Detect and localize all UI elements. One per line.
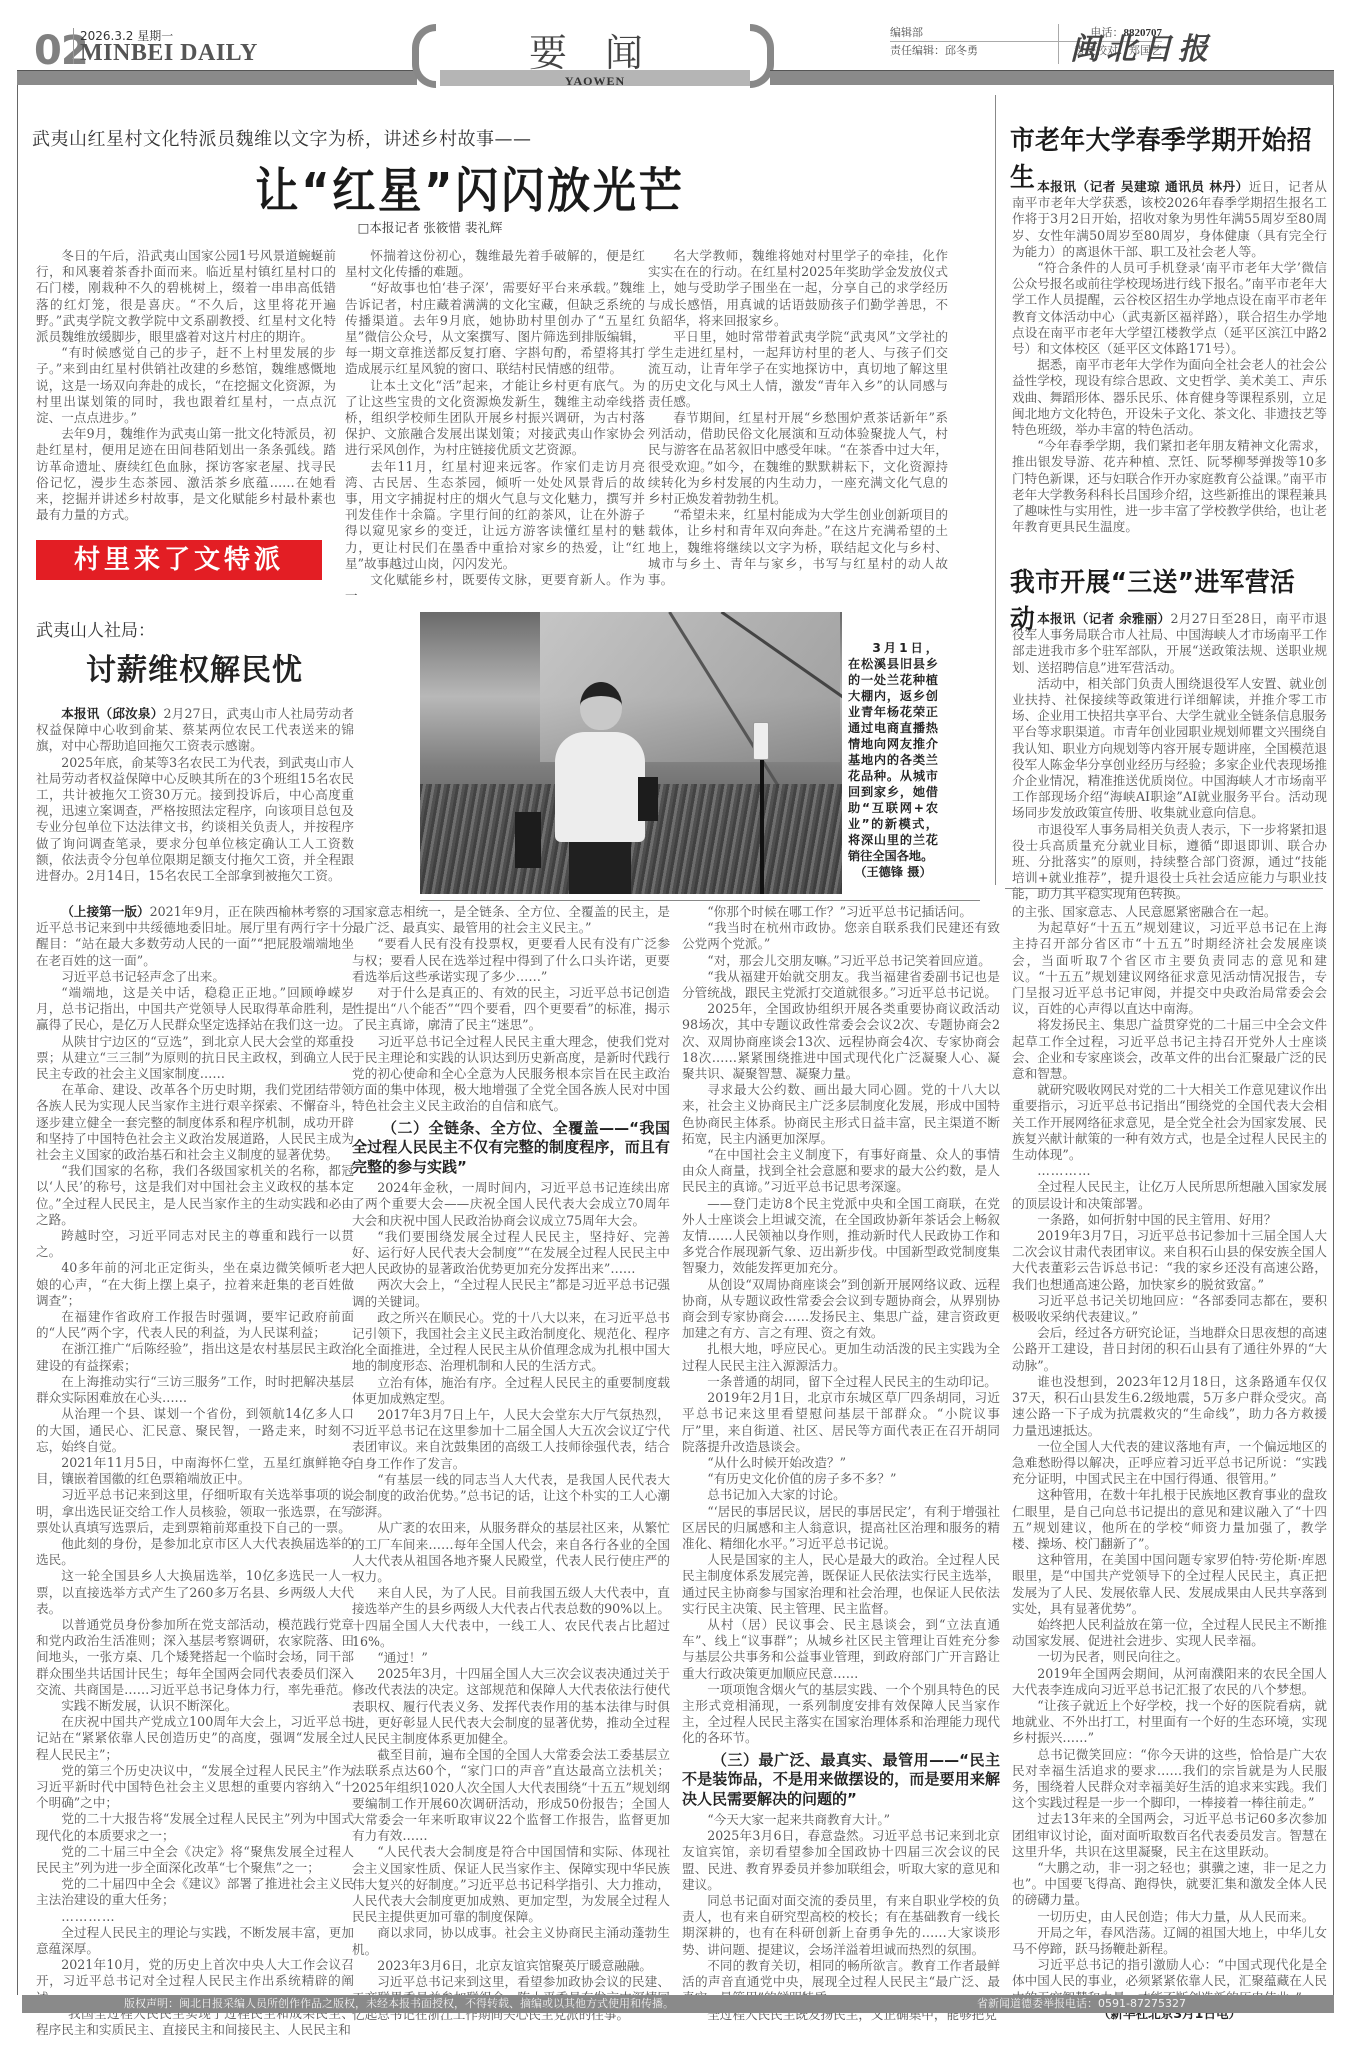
lead-paragraph: 文化赋能乡村，既要传文脉，更要育新人。作为一 [345, 572, 645, 604]
feature-paragraph: “你那个时候在哪工作？”习近平总书记插话问。 [682, 904, 1000, 920]
lead-paragraph: “希望未来，红星村能成为大学生创业创新项目的载体，让乡村和青年双向奔赴。”在这片… [648, 507, 948, 588]
labor-paragraph: 2025年底，俞某等3名农民工为代表，到武夷山市人社局劳动者权益保障中心反映其所… [36, 755, 354, 885]
feature-paragraph: 从广袤的农田来，从服务群众的基层社区来，从繁忙的工厂车间来……每年全国人代会，来… [352, 1520, 670, 1585]
feature-paragraph: 从创设“双周协商座谈会”到创新开展网络议政、远程协商，从专题议政性常委会会议到专… [682, 1277, 1000, 1342]
caption-text: 3月1日，在松溪县旧县乡的一处兰花种植大棚内，返乡创业青年杨花荣正通过电商直播热… [848, 640, 938, 864]
lead-paragraph: “好故事也怕‘巷子深’，需要好平台来承载。”魏维告诉记者，村庄藏着满满的文化宝藏… [345, 280, 645, 377]
feature-paragraph: 同总书记面对面交流的委员里，有来自职业学校的负责人，也有来自研究型高校的校长；有… [682, 1893, 1000, 1958]
ellipsis-separator: ………… [1012, 1163, 1327, 1179]
senior-lead: 本报讯（记者 吴建琼 通讯员 林丹） [1037, 179, 1249, 194]
senior-paragraph: 据悉，南平市老年大学作为面向全社会老人的社会公益性学校，现设有综合思政、文史哲学… [1012, 357, 1327, 438]
feature-paragraph: 2019年2月1日，北京市东城区草厂四条胡同，习近平总书记来这里看望慰问基层干部… [682, 1390, 1000, 1455]
feature-paragraph: 商以求同，协以成事。社会主义协商民主涌动蓬勃生机。 [352, 1925, 670, 1957]
feature-paragraph: 习近平总书记全过程人民民主重大理念，使我们党对于民主理论和实践的认识达到历史新高… [352, 1034, 670, 1115]
masthead: 02 2026.3.2 星期一 MINBEI DAILY 要闻 YAOWEN 编… [0, 0, 1349, 90]
labor-paragraph: 本报讯（邱汝泉）2月27日，武夷山市人社局劳动者权益保障中心收到俞某、蔡某两位农… [36, 706, 354, 755]
feature-paragraph: 这一轮全国县乡人大换届选举，10亿多选民一人一票，以直接选举方式产生了260多万… [36, 1568, 354, 1617]
feature-paragraph: 以普通党员身份参加所在党支部活动，模范践行党章和党内政治生活准则；深入基层考察调… [36, 1617, 354, 1698]
feature-subheading: （三）最广泛、最真实、最管用——“民主不是装饰品，不是用来做摆设的，而是要用来解… [682, 1751, 1000, 1810]
military-body: 本报讯（记者 余雅丽）2月27日至28日，南平市退役军人事务局联合市人社局、中国… [1012, 611, 1327, 903]
masthead-bar [17, 71, 417, 85]
feature-paragraph: 会后，经过各方研究论证，当地群众日思夜想的高速公路开工建设，昔日封闭的积石山县有… [1012, 1325, 1327, 1374]
feature-paragraph: 就研究吸收网民对党的二十大相关工作意见建议作出重要指示，习近平总书记指出“围绕党… [1012, 1082, 1327, 1163]
feature-paragraph: 他此刻的身份，是参加北京市区人大代表换届选举的选民。 [36, 1536, 354, 1568]
ethics-hotline: 省新闻道德委举报电话：0591-87275327 [977, 1995, 1186, 2013]
feature-paragraph: “让孩子就近上个好学校，找一个好的医院看病，就地就业、不外出打工，村里面有一个好… [1012, 1698, 1327, 1747]
lead-byline: □本报记者 张筱惜 裴礼辉 [230, 218, 630, 236]
phone-icon [753, 722, 769, 760]
section-title: 要闻 [455, 22, 755, 77]
feature-paragraph: 党的二十届三中全会《决定》将“聚焦发展全过程人民民主”列为进一步全面深化改革“七… [36, 1844, 354, 1876]
lead-column-3: 名大学教师，魏维将她对村里学子的牵挂，化作实实在在的行动。在红星村2025年奖助… [648, 248, 948, 588]
feature-paragraph: 对于什么是真正的、有效的民主，习近平总书记创造性提出“八个能否”“四个要看，四个… [352, 985, 670, 1034]
masthead-bar [770, 71, 1334, 85]
feature-paragraph: （上接第一版）2021年9月，正在陕西榆林考察的习近平总书记来到中共绥德地委旧址… [36, 904, 354, 969]
feature-column-1: （上接第一版）2021年9月，正在陕西榆林考察的习近平总书记来到中共绥德地委旧址… [36, 904, 354, 2038]
feature-paragraph: “在中国社会主义制度下，有事好商量、众人的事情由众人商量，找到全社会意愿和要求的… [682, 1147, 1000, 1196]
military-lead: 本报讯（记者 余雅丽） [1037, 611, 1170, 626]
feature-paragraph: 一位全国人大代表的建议落地有声，一个偏远地区的急难愁盼得以解决，正呼应着习近平总… [1012, 1439, 1327, 1488]
feature-paragraph: 寻求最大公约数、画出最大同心圆。党的十八大以来，社会主义协商民主广泛多层制度化发… [682, 1082, 1000, 1147]
feature-paragraph: 实践不断发展，认识不断深化。 [36, 1698, 354, 1714]
feature-paragraph: 这种管用，在美国中国问题专家罗伯特·劳伦斯·库恩眼里，是“中国共产党领导下的全过… [1012, 1552, 1327, 1617]
feature-paragraph: 全过程人民民主的理论与实践，不断发展丰富，更加意蕴深厚。 [36, 1925, 354, 1957]
lead-paragraph: 冬日的午后，沿武夷山国家公园1号风景道蜿蜒前行，和风裹着茶香扑面而来。临近星村镇… [36, 248, 336, 345]
feature-paragraph: 党的第三个历史决议中，“发展全过程人民民主”作为习近平新时代中国特色社会主义思想… [36, 1763, 354, 1812]
senior-paragraph: “符合条件的人员可手机登录‘南平市老年大学’微信公众号报名或前往学校现场进行线下… [1012, 260, 1327, 357]
feature-paragraph: 2017年3月7日上午，人民大会堂东大厅气氛热烈，习近平总书记在这里参加十二届全… [352, 1407, 670, 1472]
section-divider [1005, 888, 1323, 889]
lead-paragraph: 名大学教师，魏维将她对村里学子的牵挂，化作实实在在的行动。在红星村2025年奖助… [648, 248, 948, 329]
feature-paragraph: 在革命、建设、改革各个历史时期，我们党团结带领各族人民为实现人民当家作主进行艰辛… [36, 1082, 354, 1163]
feature-paragraph: 40多年前的河北正定街头，坐在桌边微笑倾听老大娘的心声，“在大街上摆上桌子，拉着… [36, 1260, 354, 1309]
feature-paragraph: 国家意志相统一，是全链条、全方位、全覆盖的民主，是最广泛、最真实、最管用的社会主… [352, 904, 670, 936]
photo-person [555, 682, 645, 894]
feature-paragraph: 截至目前，遍布全国的全国人大常委会法工委基层立法联系点达60个，“家门口的声音”… [352, 1747, 670, 1844]
military-paragraph: 活动中，相关部门负责人围绕退役军人安置、就业创业扶持、社保接续等政策进行详细解读… [1012, 676, 1327, 822]
page-frame-left [17, 85, 18, 1995]
feature-paragraph: 谁也没想到，2023年12月18日，这条路通车仅仅37天，积石山县发生6.2级地… [1012, 1374, 1327, 1439]
feature-paragraph: “大鹏之动，非一羽之轻也；骐骥之速，非一足之力也”。中国要飞得高、跑得快，就要汇… [1012, 1860, 1327, 1909]
lead-paragraph: 让本土文化“活”起来，才能让乡村更有底气。为了让这些宝贵的文化资源焕发新生，魏维… [345, 378, 645, 459]
feature-paragraph: “我们要围绕发展全过程人民民主，坚持好、完善好、运行好人民代表大会制度”“在发展… [352, 1229, 670, 1278]
labor-body: 本报讯（邱汝泉）2月27日，武夷山市人社局劳动者权益保障中心收到俞某、蔡某两位农… [36, 706, 354, 884]
feature-paragraph: 2025年3月6日，春意盎然。习近平总书记来到北京友谊宾馆，亲切看望参加全国政协… [682, 1828, 1000, 1893]
feature-paragraph: 2024年金秋，一周时间内，习近平总书记连续出席了两个重要大会——庆祝全国人民代… [352, 1180, 670, 1229]
column-divider [995, 95, 996, 885]
feature-column-2: 国家意志相统一，是全链条、全方位、全覆盖的民主，是最广泛、最真实、最管用的社会主… [352, 904, 670, 2023]
feature-paragraph: 总书记加入大家的讨论。 [682, 1487, 1000, 1503]
feature-paragraph: 两次大会上，“全过程人民民主”都是习近平总书记强调的关键词。 [352, 1277, 670, 1309]
feature-paragraph: “我当时在杭州市政协。您亲自联系我们民建还有致公党两个党派。” [682, 920, 1000, 952]
feature-paragraph: “要看人民有没有投票权，更要看人民有没有广泛参与权；要看人民在选举过程中得到了什… [352, 936, 670, 985]
photo-credit: （王德锋 摄） [848, 864, 938, 880]
feature-paragraph: “‘居民的事居民议，居民的事居民定’，有利于增强社区居民的归属感和主人翁意识，提… [682, 1504, 1000, 1553]
feature-paragraph: 从村（居）民议事会、民主恳谈会，到“立法直通车”、线上“议事群”；从城乡社区民主… [682, 1617, 1000, 1682]
feature-paragraph: 一条普通的胡同，留下全过程人民民主的生动印记。 [682, 1374, 1000, 1390]
lead-paragraph: 平日里，她时常带着武夷学院“武夷风”文学社的学生走进红星村，一起拜访村里的老人、… [648, 329, 948, 410]
feature-paragraph: 来自人民，为了人民。目前我国五级人大代表中，直接选举产生的县乡两级人大代表占代表… [352, 1585, 670, 1650]
feature-paragraph: 党的二十大报告将“发展全过程人民民主”列为中国式现代化的本质要求之一； [36, 1811, 354, 1843]
feature-paragraph: 扎根大地，呼应民心。更加生动活泼的民主实践为全过程人民民主注入源源活力。 [682, 1341, 1000, 1373]
feature-paragraph: 一切历史，由人民创造；伟大力量，从人民而来。 [1012, 1909, 1327, 1925]
feature-paragraph: 这种管用，在数十年扎根于民族地区教育事业的盘玫仁眼里，是自己向总书记提出的意见和… [1012, 1487, 1327, 1552]
military-paragraph: 市退役军人事务局相关负责人表示，下一步将紧扣退役士兵高质量充分就业目标，遵循“即… [1012, 822, 1327, 903]
feature-paragraph: 人民是国家的主人，民心是最大的政治。全过程人民民主制度体系发展完善，既保证人民依… [682, 1552, 1000, 1617]
labor-headline: 讨薪维权解民忧 [86, 645, 303, 689]
copyright-notice: 版权声明：闽北日报采编人员所创作作品之版权，未经本报书面授权，不得转载、摘编或以… [124, 1995, 674, 2013]
feature-paragraph: 在上海推动实行“三访三服务”工作，时时把解决基层群众实际困难放在心头…… [36, 1374, 354, 1406]
feature-paragraph: “人民代表大会制度是符合中国国情和实际、体现社会主义国家性质、保证人民当家作主、… [352, 1844, 670, 1925]
ellipsis-separator: ………… [36, 1909, 354, 1925]
lead-kicker: 武夷山红星村文化特派员魏维以文字为桥，讲述乡村故事—— [32, 125, 532, 151]
editorial-dept: 编辑部 [890, 24, 923, 41]
feature-paragraph: 从治理一个县、谋划一个省份，到领航14亿多人口的大国，通民心、汇民意、聚民智，一… [36, 1406, 354, 1455]
senior-university-body: 本报讯（记者 吴建琼 通讯员 林丹）近日，记者从南平市老年大学获悉，该校2026… [1012, 179, 1327, 535]
lead-banner: 村里来了文特派 [36, 540, 322, 580]
senior-paragraph: 本报讯（记者 吴建琼 通讯员 林丹）近日，记者从南平市老年大学获悉，该校2026… [1012, 179, 1327, 260]
feature-paragraph: “我从福建开始就交朋友。我当福建省委副书记也是分管统战，跟民主党派打交道就很多。… [682, 969, 1000, 1001]
feature-subheading: （二）全链条、全方位、全覆盖——“我国全过程人民民主不仅有完整的制度程序，而且有… [352, 1119, 670, 1178]
feature-paragraph: “有历史文化价值的房子多不多？” [682, 1471, 1000, 1487]
feature-column-4: 的主张、国家意志、人民意愿紧密融合在一起。为起草好“十五五”规划建议，习近平总书… [1012, 904, 1327, 2022]
lead-paragraph: 去年11月，红星村迎来远客。作家们走访月亮湾、古民居、生态茶园，倾听一处处风景背… [345, 459, 645, 572]
lead-paragraph: “有时候感觉自己的步子，赶不上村里发展的步子。”来到由红星村供销社改建的乡愁馆，… [36, 345, 336, 426]
feature-paragraph: 一项项饱含烟火气的基层实践、一个个别具特色的民主形式竞相涌现，一系列制度安排有效… [682, 1682, 1000, 1747]
feature-paragraph: 2019年全国两会期间，从河南濮阳来的农民全国人大代表李连成向习近平总书记汇报了… [1012, 1666, 1327, 1698]
feature-paragraph: 习近平总书记轻声念了出来。 [36, 969, 354, 985]
feature-paragraph: 过去13年来的全国两会，习近平总书记60多次参加团组审议讨论，面对面听取数百名代… [1012, 1811, 1327, 1860]
section-divider [420, 900, 980, 901]
section-title-en-box: YAOWEN [440, 70, 750, 86]
feature-paragraph: 2021年11月5日，中南海怀仁堂，五星红旗鲜艳夺目，镶嵌着国徽的红色票箱端放正… [36, 1455, 354, 1487]
masthead-divider [1058, 24, 1059, 64]
feature-paragraph: “通过！” [352, 1650, 670, 1666]
feature-paragraph: 习近平总书记关切地回应：“各部委同志都在，要积极吸收采纳代表建议。” [1012, 1293, 1327, 1325]
labor-lead: 本报讯（邱汝泉） [61, 706, 163, 721]
feature-paragraph: 2025年3月，十四届全国人大三次会议表决通过关于修改代表法的决定。这部规范和保… [352, 1666, 670, 1747]
feature-paragraph: “有基层一线的同志当人大代表，是我国人民代表大会制度的政治优势。”总书记的话，让… [352, 1472, 670, 1521]
feature-paragraph: 总书记微笑回应：“你今天讲的这些，恰恰是广大农民对幸福生活追求的要求……我们的宗… [1012, 1747, 1327, 1812]
feature-paragraph: 为起草好“十五五”规划建议，习近平总书记在上海主持召开部分省区市“十五五”时期经… [1012, 920, 1327, 1017]
feature-paragraph: 在庆祝中国共产党成立100周年大会上，习近平总书记站在“紧紧依靠人民创造历史”的… [36, 1714, 354, 1763]
feature-paragraph: 政之所兴在顺民心。党的十八大以来，在习近平总书记引领下，我国社会主义民主政治制度… [352, 1310, 670, 1375]
feature-paragraph: “我们国家的名称，我们各级国家机关的名称，都冠以‘人民’的称号，这是我们对中国社… [36, 1163, 354, 1228]
feature-paragraph: 跨越时空，习近平同志对民主的尊重和践行一以贯之。 [36, 1228, 354, 1260]
feature-paragraph: “对，那会儿交朋友嘛。”习近平总书记笑着回应道。 [682, 953, 1000, 969]
feature-paragraph: 党的二十届四中全会《建议》部署了推进社会主义民主法治建设的重大任务； [36, 1876, 354, 1908]
feature-paragraph: 立治有体，施治有序。全过程人民民主的重要制度载体更加成熟定型。 [352, 1375, 670, 1407]
feature-paragraph: “今天大家一起来共商教育大计。” [682, 1812, 1000, 1828]
labor-kicker: 武夷山人社局： [36, 616, 155, 641]
feature-paragraph: 一切为民者，则民向往之。 [1012, 1649, 1327, 1665]
newspaper-logo: 闽北日报 [1070, 24, 1214, 68]
chief-editor: 责任编辑：邱冬勇 [890, 42, 978, 60]
lead-column-1: 冬日的午后，沿武夷山国家公园1号风景道蜿蜒前行，和风裹着茶香扑面而来。临近星村镇… [36, 248, 336, 523]
continued-label: （上接第一版） [61, 904, 149, 919]
photo-caption: 3月1日，在松溪县旧县乡的一处兰花种植大棚内，返乡创业青年杨花荣正通过电商直播热… [848, 640, 938, 880]
lead-headline: 让“红星”闪闪放光芒 [191, 152, 749, 221]
page-frame-right [1333, 85, 1334, 1995]
feature-paragraph: 从陕甘宁边区的“豆选”，到北京人民大会堂的郑重投票；从建立“三三制”为原则的抗日… [36, 1034, 354, 1083]
feature-column-3: “你那个时候在哪工作？”习近平总书记插话问。“我当时在杭州市政协。您亲自联系我们… [682, 904, 1000, 2023]
feature-paragraph: 2019年3月7日，习近平总书记参加十三届全国人大二次会议甘肃代表团审议。来自积… [1012, 1228, 1327, 1293]
feature-paragraph: 一条路，如何折射中国的民主管用、好用？ [1012, 1212, 1327, 1228]
feature-paragraph: 习近平总书记来到这里，仔细听取有关选举事项的说明，拿出选民证交给工作人员核验，领… [36, 1487, 354, 1536]
section-title-en: YAOWEN [565, 74, 625, 88]
page-footer: 版权声明：闽北日报采编人员所创作作品之版权，未经本报书面授权，不得转载、摘编或以… [22, 1995, 1334, 2013]
feature-paragraph: “从什么时候开始改造？” [682, 1455, 1000, 1471]
senior-paragraph: “今年春季学期，我们紧扣老年朋友精神文化需求，推出银发导游、花卉种植、烹饪、阮琴… [1012, 438, 1327, 535]
feature-paragraph: 在浙江推广“后陈经验”，指出这是农村基层民主政治建设的有益探索； [36, 1341, 354, 1373]
feature-paragraph: 全过程人民民主，让亿万人民所思所想融入国家发展的顶层设计和决策部署。 [1012, 1179, 1327, 1211]
feature-paragraph: 的主张、国家意志、人民意愿紧密融合在一起。 [1012, 904, 1327, 920]
feature-paragraph: “端端地，这是关中话，稳稳正正地。”回顾峥嵘岁月，总书记指出，中国共产党领导人民… [36, 985, 354, 1034]
military-paragraph: 本报讯（记者 余雅丽）2月27日至28日，南平市退役军人事务局联合市人社局、中国… [1012, 611, 1327, 676]
news-photo [420, 612, 842, 894]
feature-paragraph: 将发扬民主、集思广益贯穿党的二十届三中全会文件起草工作全过程，习近平总书记主持召… [1012, 1017, 1327, 1082]
lead-paragraph: 春节期间，红星村开展“乡愁围炉煮茶话新年”系列活动，借助民俗文化展演和互动体验聚… [648, 410, 948, 507]
paper-name-en: MINBEI DAILY [80, 40, 258, 67]
feature-paragraph: 始终把人民利益放在第一位，全过程人民民主不断推动国家发展、促进社会进步、实现人民… [1012, 1617, 1327, 1649]
feature-paragraph: 在福建作省政府工作报告时强调，要牢记政府前面的“人民”两个字，代表人民的利益，为… [36, 1309, 354, 1341]
feature-paragraph: 2023年3月6日，北京友谊宾馆聚英厅暖意融融。 [352, 1958, 670, 1974]
masthead-divider [73, 28, 74, 64]
feature-paragraph: ——登门走访8个民主党派中央和全国工商联，在党外人士座谈会上坦诚交流，在全国政协… [682, 1196, 1000, 1277]
lead-paragraph: 怀揣着这份初心，魏维最先着手破解的，便是红星村文化传播的难题。 [345, 248, 645, 280]
feature-paragraph: 开局之年，春风浩荡。辽阔的祖国大地上，中华儿女马不停蹄，跃马扬鞭赴新程。 [1012, 1925, 1327, 1957]
feature-paragraph: 2025年，全国政协组织开展各类重要协商议政活动98场次，其中专题议政性常委会会… [682, 1001, 1000, 1082]
lead-column-2: 怀揣着这份初心，魏维最先着手破解的，便是红星村文化传播的难题。“好故事也怕‘巷子… [345, 248, 645, 604]
lead-paragraph: 去年9月，魏维作为武夷山第一批文化特派员，初赴红星村，便用足迹在田间巷陌划出一条… [36, 426, 336, 523]
